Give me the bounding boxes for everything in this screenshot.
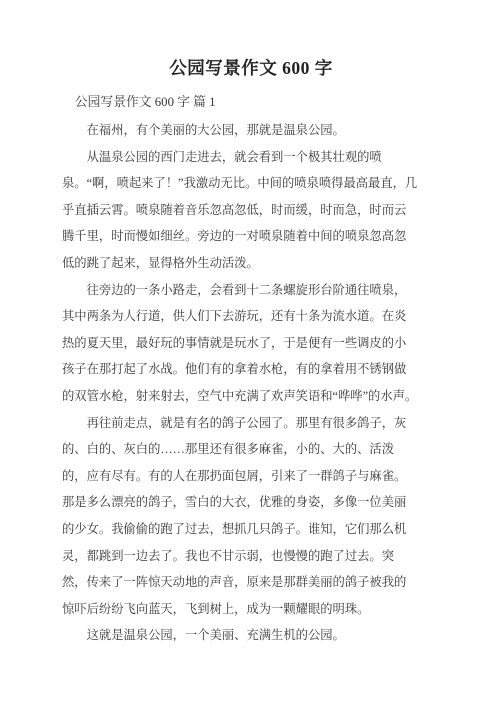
essay-title: 公园写景作文 600 字 bbox=[73, 57, 429, 80]
document-page: 公园写景作文 600 字 公园写景作文 600 字 篇 1 在福州，有个美丽的大… bbox=[0, 0, 500, 707]
essay-paragraph-4: 再往前走点，就是有名的鸽子公园了。那里有很多鸽子，灰的、白的、灰白的……那里还有… bbox=[62, 410, 418, 623]
essay-paragraph-5: 这就是温泉公园，一个美丽、充满生机的公园。 bbox=[62, 622, 418, 649]
essay-subtitle: 公园写景作文 600 字 篇 1 bbox=[62, 92, 418, 113]
essay-content: 公园写景作文 600 字 公园写景作文 600 字 篇 1 在福州，有个美丽的大… bbox=[62, 57, 418, 649]
essay-paragraph-3: 往旁边的一条小路走，会看到十二条螺旋形台阶通往喷泉，其中两条为人行道，供人们下去… bbox=[62, 277, 418, 410]
essay-paragraph-1: 在福州，有个美丽的大公园，那就是温泉公园。 bbox=[62, 117, 418, 144]
essay-paragraph-2: 从温泉公园的西门走进去，就会看到一个极其壮观的喷泉。“啊，喷起来了！”我激动无比… bbox=[62, 144, 418, 277]
